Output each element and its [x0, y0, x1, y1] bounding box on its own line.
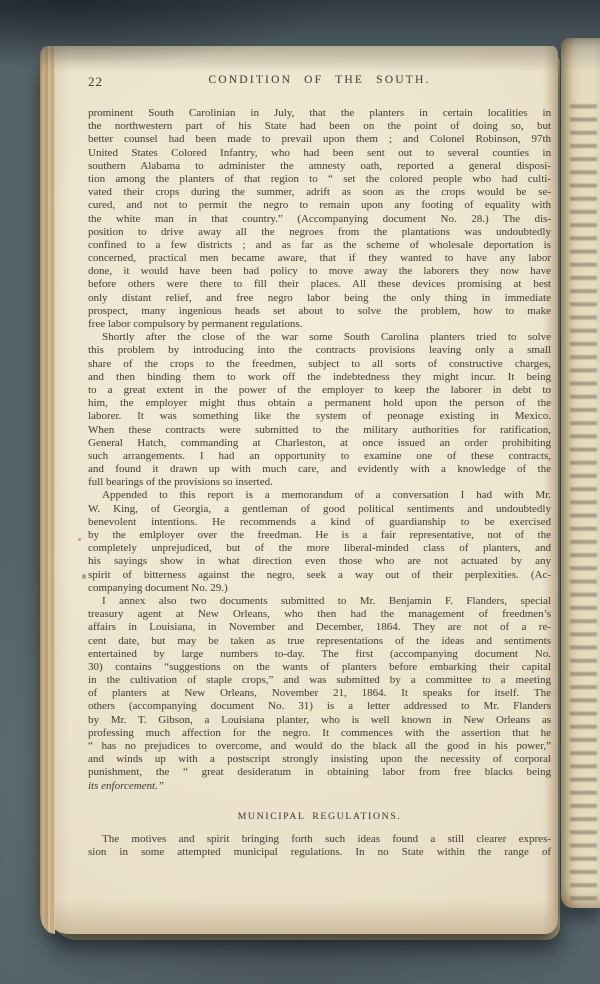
- page-number: 22: [88, 74, 103, 90]
- text-line: by Mr. T. Gibson, a Louisiana planter, w…: [88, 714, 551, 727]
- text-line: confined to a few districts ; and as far…: [88, 239, 551, 252]
- text-line: by the emlployer over the freedman. He i…: [88, 529, 551, 542]
- text-line: others (accompanying document No. 31) is…: [88, 700, 551, 713]
- text-line: of planters at New Orleans, November 21,…: [88, 687, 551, 700]
- text-line: completely unprejudiced, but of the more…: [88, 542, 551, 555]
- section-heading: MUNICIPAL REGULATIONS.: [88, 811, 551, 822]
- text-line: such arrangements. I had an opportunity …: [88, 450, 551, 463]
- text-line: cured, and not to permit the negro to re…: [88, 199, 551, 212]
- text-line: General Hatch, commanding at Charleston,…: [88, 437, 551, 450]
- text-line: laborer. It was something like the syste…: [88, 410, 551, 423]
- text-line: its enforcement.”: [88, 780, 551, 793]
- text-line: southern Alabama to administer the amnes…: [88, 160, 551, 173]
- page-content: 22 CONDITION OF THE SOUTH. prominent Sou…: [88, 46, 551, 934]
- text-line: spirit of bitterness against the negro, …: [88, 569, 551, 582]
- text-line: this problem by introducing into the con…: [88, 344, 551, 357]
- text-line: W. King, of Georgia, a gentleman of good…: [88, 503, 551, 516]
- text-line: full bearings of the provisions so inser…: [88, 476, 551, 489]
- text-line: United States Colored Infantry, who had …: [88, 147, 551, 160]
- text-line: better counsel had been made to prevail …: [88, 133, 551, 146]
- text-line: professing much affection for the negro.…: [88, 727, 551, 740]
- text-line: I annex also two documents submitted to …: [88, 595, 551, 608]
- text-line: concerned, practical men became aware, t…: [88, 252, 551, 265]
- text-line: him, the employer might thus obtain a pe…: [88, 397, 551, 410]
- text-line: punishment, the “ great desideratum in o…: [88, 766, 551, 779]
- running-header: CONDITION OF THE SOUTH.: [88, 74, 551, 86]
- facing-page-text-blur: [570, 100, 597, 906]
- ink-speck: [82, 574, 86, 579]
- text-line: affairs in Louisiana, in November and De…: [88, 621, 551, 634]
- text-line: his sayings show in what direction even …: [88, 555, 551, 568]
- text-line: When these contracts were submitted to t…: [88, 424, 551, 437]
- text-line: companying document No. 29.): [88, 582, 551, 595]
- text-line: done, it would have been bad policy to m…: [88, 265, 551, 278]
- paragraph: Shortly after the close of the war some …: [88, 331, 551, 489]
- text-line: and winds up with a postscript strongly …: [88, 753, 551, 766]
- ink-speck: [78, 538, 81, 541]
- facing-page-edge: [561, 38, 600, 908]
- paragraph: Appended to this report is a memorandum …: [88, 489, 551, 595]
- paragraph: The motives and spirit bringing forth su…: [88, 833, 551, 859]
- text-line: in the cultivation of staple crops,” and…: [88, 674, 551, 687]
- text-line: and then binding them to work off the in…: [88, 371, 551, 384]
- text-line: Appended to this report is a memorandum …: [88, 489, 551, 502]
- text-line: and found it drawn up with much care, an…: [88, 463, 551, 476]
- paragraph: I annex also two documents submitted to …: [88, 595, 551, 793]
- text-line: vated their crops during the summer, adr…: [88, 186, 551, 199]
- text-line: position to drive away all the negroes f…: [88, 226, 551, 239]
- text-line: sion in some attempted municipal regulat…: [88, 846, 551, 859]
- text-line: the northwestern part of his State had b…: [88, 120, 551, 133]
- text-line: treasury agent at New Orleans, who then …: [88, 608, 551, 621]
- text-line: 30) contains “suggestions on the wants o…: [88, 661, 551, 674]
- text-line: prominent South Carolinian in July, that…: [88, 107, 551, 120]
- text-line: to a great extent in the power of the em…: [88, 384, 551, 397]
- scan-background: 22 CONDITION OF THE SOUTH. prominent Sou…: [0, 0, 600, 984]
- page-edge-stack: [40, 46, 55, 934]
- text-line: tion among the planters of that region t…: [88, 173, 551, 186]
- text-line: “ has no prejudices to overcome, and wou…: [88, 740, 551, 753]
- text-line: entertained by large numbers to-day. The…: [88, 648, 551, 661]
- book-page: 22 CONDITION OF THE SOUTH. prominent Sou…: [40, 46, 558, 934]
- text-line: free labor compulsory by permanent regul…: [88, 318, 551, 331]
- page-body: prominent South Carolinian in July, that…: [88, 107, 551, 859]
- text-line: The motives and spirit bringing forth su…: [88, 833, 551, 846]
- text-line: Shortly after the close of the war some …: [88, 331, 551, 344]
- text-line: cent date, but may be taken as true repr…: [88, 635, 551, 648]
- text-line: the white man in that country.” (Accompa…: [88, 213, 551, 226]
- text-line: share of the crops to the freedmen, subj…: [88, 358, 551, 371]
- paragraph: prominent South Carolinian in July, that…: [88, 107, 551, 331]
- page-header: 22 CONDITION OF THE SOUTH.: [88, 74, 551, 90]
- text-line: prospect, many ingenious heads set about…: [88, 305, 551, 318]
- text-line: benevolent intentions. He recommends a k…: [88, 516, 551, 529]
- text-line: only distant relief, and free negro labo…: [88, 292, 551, 305]
- text-line: before others were there to fill their p…: [88, 278, 551, 291]
